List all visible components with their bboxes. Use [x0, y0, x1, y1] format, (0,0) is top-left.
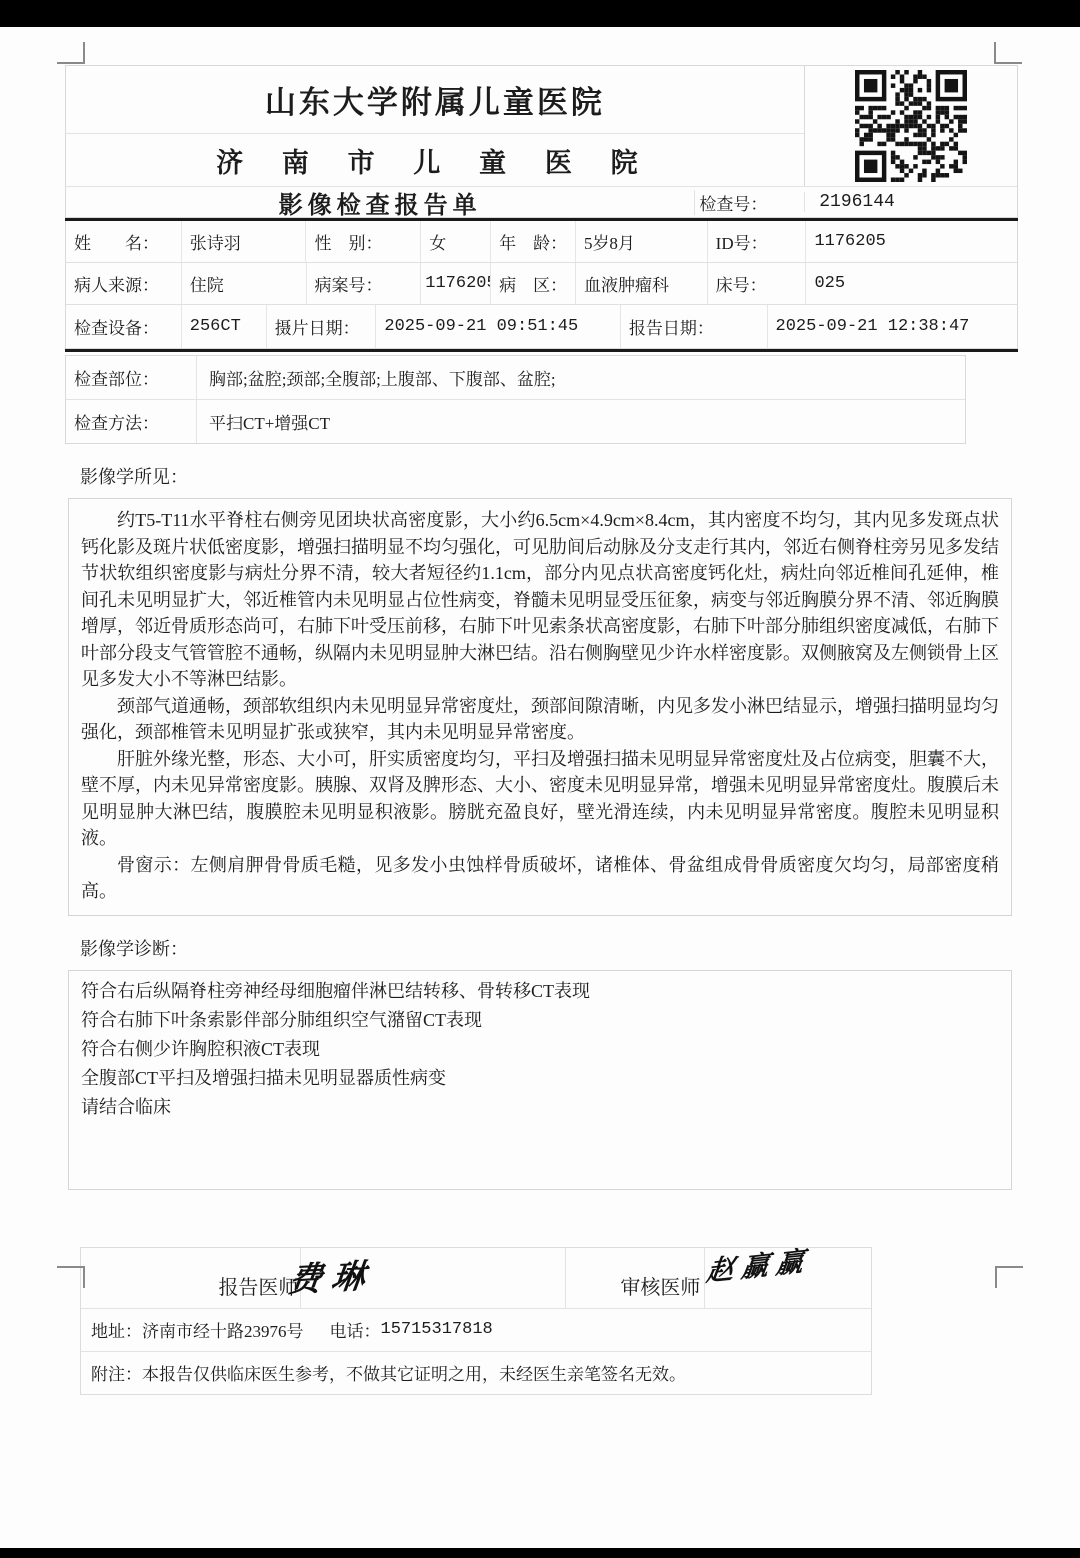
note-text: 附注：本报告仅供临床医生参考，不做其它证明之用，未经医生亲笔签名无效。 — [91, 1360, 686, 1385]
qr-code-icon — [855, 70, 967, 182]
footer: 报告医师 费琳 审核医师 赵赢赢 地址： 济南市经十路23976号 电话： 15… — [80, 1247, 872, 1395]
source-value: 住院 — [181, 263, 306, 304]
device-label: 检查设备： — [66, 305, 181, 348]
findings-paragraph: 颈部气道通畅，颈部软组织内未见明显异常密度灶，颈部间隙清晰，内见多发小淋巴结显示… — [81, 693, 999, 746]
diagnosis-line: 请结合临床 — [81, 1093, 999, 1122]
name-value: 张诗羽 — [181, 221, 306, 262]
name-label: 姓 名： — [66, 221, 181, 262]
shoot-date-value: 2025-09-21 09:51:45 — [375, 305, 619, 348]
hospital-subname: 济 南 市 儿 童 医 院 — [66, 134, 804, 186]
report-page: 山东大学附属儿童医院 济 南 市 儿 童 医 院 影像检查报告单 检查号： 21… — [0, 27, 1080, 1395]
id-value: 1176205 — [805, 221, 1017, 262]
findings-paragraph: 骨窗示：左侧肩胛骨骨质毛糙，见多发小虫蚀样骨质破坏，诸椎体、骨盆组成骨骨质密度欠… — [81, 852, 999, 905]
exam-parts-table: 检查部位： 胸部;盆腔;颈部;全腹部;上腹部、下腹部、盆腔; 检查方法： 平扫C… — [65, 355, 966, 444]
case-no-label: 病案号： — [306, 263, 421, 304]
report-header-table: 山东大学附属儿童医院 济 南 市 儿 童 医 院 影像检查报告单 检查号： 21… — [65, 65, 1018, 218]
note-row: 附注：本报告仅供临床医生参考，不做其它证明之用，未经医生亲笔签名无效。 — [81, 1351, 871, 1394]
findings-paragraph: 约T5-T11水平脊柱右侧旁见团块状高密度影，大小约6.5cm×4.9cm×8.… — [81, 507, 999, 693]
gender-label: 性 别： — [305, 221, 420, 262]
findings-heading: 影像学所见： — [80, 463, 1018, 489]
diagnosis-line: 符合右后纵隔脊柱旁神经母细胞瘤伴淋巴结转移、骨转移CT表现 — [81, 977, 999, 1006]
address-row: 地址： 济南市经十路23976号 电话： 15715317818 — [81, 1308, 871, 1351]
table-row: 病人来源： 住院 病案号： 1176205 病 区： 血液肿瘤科 床号： 025 — [66, 262, 1017, 304]
review-doctor-label: 审核医师 — [565, 1248, 705, 1308]
page-corner-mark — [57, 42, 85, 64]
page-corner-mark — [57, 1266, 85, 1288]
bed-label: 床号： — [707, 263, 806, 304]
device-value: 256CT — [181, 305, 266, 348]
address-label: 地址： — [91, 1317, 142, 1342]
report-date-value: 2025-09-21 12:38:47 — [767, 305, 1017, 348]
age-value: 5岁8月 — [575, 221, 707, 262]
shoot-date-label: 摄片日期： — [266, 305, 376, 348]
table-row: 检查设备： 256CT 摄片日期： 2025-09-21 09:51:45 报告… — [66, 304, 1017, 348]
diagnosis-box: 符合右后纵隔脊柱旁神经母细胞瘤伴淋巴结转移、骨转移CT表现 符合右肺下叶条索影伴… — [68, 970, 1012, 1190]
gender-value: 女 — [420, 221, 490, 262]
diagnosis-heading: 影像学诊断： — [80, 935, 1018, 961]
patient-info-table: 姓 名： 张诗羽 性 别： 女 年 龄： 5岁8月 ID号： 1176205 病… — [65, 221, 1018, 349]
bed-value: 025 — [805, 263, 1017, 304]
age-label: 年 龄： — [490, 221, 575, 262]
exam-method-label: 检查方法： — [66, 409, 196, 434]
exam-method-value: 平扫CT+增强CT — [196, 400, 965, 443]
report-doctor-label: 报告医师 — [81, 1248, 300, 1308]
id-label: ID号： — [707, 221, 806, 262]
screen-top-bar — [0, 0, 1080, 27]
report-title: 影像检查报告单 — [66, 185, 694, 220]
report-date-label: 报告日期： — [620, 305, 767, 348]
diagnosis-line: 符合右侧少许胸腔积液CT表现 — [81, 1035, 999, 1064]
findings-box: 约T5-T11水平脊柱右侧旁见团块状高密度影，大小约6.5cm×4.9cm×8.… — [68, 498, 1012, 916]
review-doctor-signature-cell: 赵赢赢 — [704, 1248, 871, 1308]
diagnosis-line: 符合右肺下叶条索影伴部分肺组织空气潴留CT表现 — [81, 1006, 999, 1035]
page-corner-mark — [995, 1266, 1023, 1288]
ward-label: 病 区： — [490, 263, 575, 304]
divider-heavy-bottom — [65, 349, 1018, 352]
diagnosis-line: 全腹部CT平扫及增强扫描未见明显器质性病变 — [81, 1064, 999, 1093]
page-corner-mark — [994, 42, 1022, 64]
table-row: 检查部位： 胸部;盆腔;颈部;全腹部;上腹部、下腹部、盆腔; — [66, 356, 965, 399]
table-row: 报告医师 费琳 审核医师 赵赢赢 — [81, 1248, 871, 1308]
report-doctor-signature-cell: 费琳 — [300, 1248, 564, 1308]
exam-part-label: 检查部位： — [66, 365, 196, 390]
exam-part-value: 胸部;盆腔;颈部;全腹部;上腹部、下腹部、盆腔; — [196, 356, 965, 399]
case-no-value: 1176205 — [420, 263, 490, 304]
exam-no-value: 2196144 — [804, 192, 1017, 212]
source-label: 病人来源： — [66, 263, 181, 304]
report-doctor-signature: 费琳 — [287, 1249, 379, 1301]
footer-table: 报告医师 费琳 审核医师 赵赢赢 地址： 济南市经十路23976号 电话： 15… — [80, 1247, 872, 1395]
hospital-name: 山东大学附属儿童医院 — [66, 66, 804, 134]
screen-bottom-bar — [0, 1548, 1080, 1558]
exam-no-label: 检查号： — [694, 190, 804, 215]
findings-paragraph: 肝脏外缘光整，形态、大小可，肝实质密度均匀，平扫及增强扫描未见明显异常密度灶及占… — [81, 746, 999, 852]
ward-value: 血液肿瘤科 — [575, 263, 707, 304]
phone-value: 15715317818 — [381, 1320, 493, 1339]
table-row: 姓 名： 张诗羽 性 别： 女 年 龄： 5岁8月 ID号： 1176205 — [66, 221, 1017, 262]
address-value: 济南市经十路23976号 — [142, 1317, 304, 1342]
phone-label: 电话： — [330, 1317, 381, 1342]
table-row: 检查方法： 平扫CT+增强CT — [66, 399, 965, 443]
review-doctor-signature: 赵赢赢 — [705, 1238, 815, 1289]
